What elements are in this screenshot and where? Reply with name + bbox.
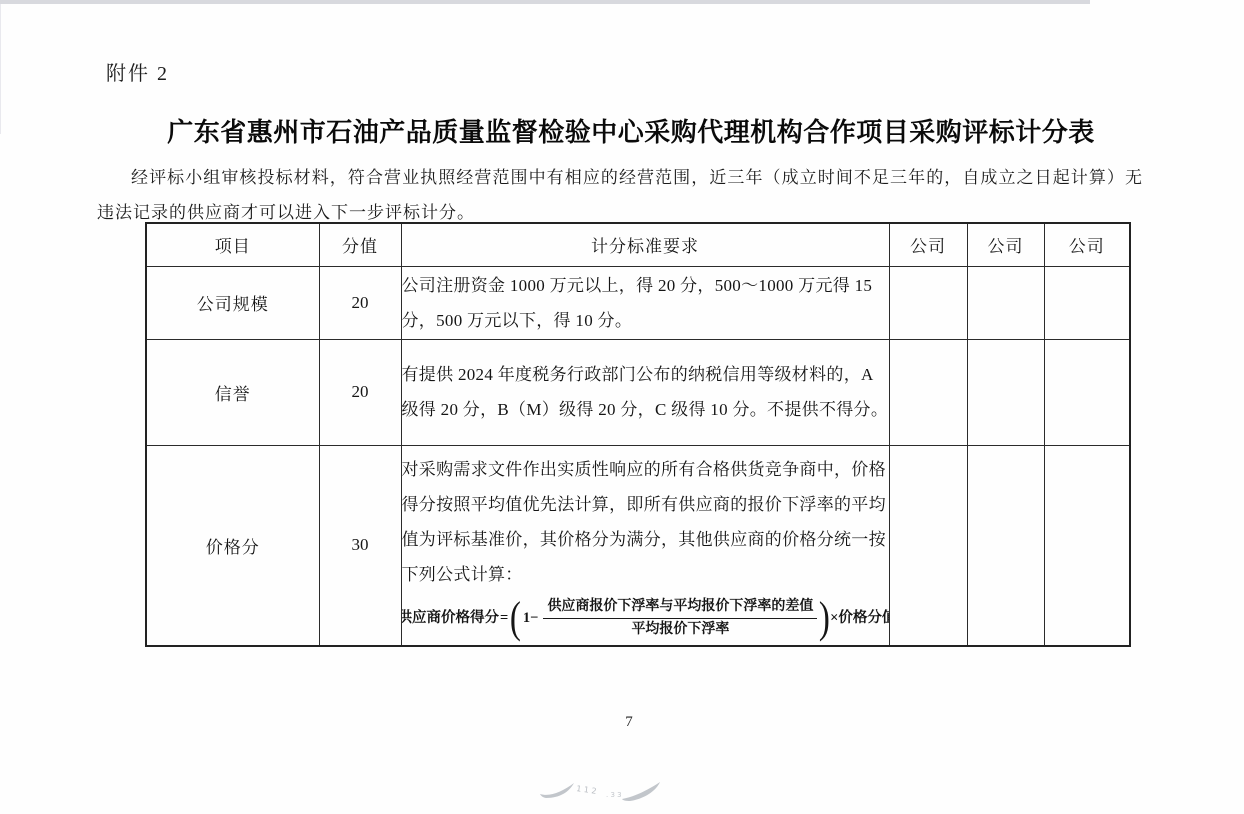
- formula-paren-open: (: [510, 598, 521, 638]
- scan-artifact-top: [0, 0, 1090, 4]
- criteria-cell: 有提供 2024 年度税务行政部门公布的纳税信用等级材料的，A 级得 20 分，…: [401, 339, 889, 445]
- formula-equals: =: [500, 609, 508, 627]
- col-header-company-3: 公司: [1044, 223, 1130, 266]
- price-formula: 供应商价格得分 = ( 1− 供应商报价下浮率与平均报价下浮率的差值 平均报价下…: [401, 598, 889, 638]
- table-row-credit: 信誉 20 有提供 2024 年度税务行政部门公布的纳税信用等级材料的，A 级得…: [146, 339, 1130, 445]
- formula-lhs: 供应商价格得分: [401, 609, 499, 627]
- intro-paragraph: 经评标小组审核投标材料，符合营业执照经营范围中有相应的经营范围，近三年（成立时间…: [97, 160, 1143, 230]
- scan-smudge: 1 1 2 . 3 3: [536, 779, 672, 805]
- svg-text:1 1 2: 1 1 2: [576, 784, 597, 796]
- formula-denominator: 平均报价下浮率: [631, 619, 729, 639]
- company-score-cell: [889, 445, 967, 646]
- document-page: 附件 2 广东省惠州市石油产品质量监督检验中心采购代理机构合作项目采购评标计分表…: [0, 0, 1244, 814]
- company-score-cell: [889, 266, 967, 339]
- company-score-cell: [889, 339, 967, 445]
- formula-one-minus: 1−: [523, 609, 539, 627]
- criteria-cell: 对采购需求文件作出实质性响应的所有合格供货竞争商中，价格得分按照平均值优先法计算…: [401, 445, 889, 646]
- svg-text:. 3 3: . 3 3: [606, 791, 622, 799]
- page-number: 7: [0, 714, 1244, 731]
- table-header-row: 项目 分值 计分标准要求 公司 公司 公司: [146, 223, 1130, 266]
- formula-numerator: 供应商报价下浮率与平均报价下浮率的差值: [543, 598, 817, 619]
- item-cell: 价格分: [146, 445, 319, 646]
- col-header-score: 分值: [319, 223, 401, 266]
- company-score-cell: [1044, 339, 1130, 445]
- criteria-text: 对采购需求文件作出实质性响应的所有合格供货竞争商中，价格得分按照平均值优先法计算…: [402, 452, 889, 592]
- table-row-price-score: 价格分 30 对采购需求文件作出实质性响应的所有合格供货竞争商中，价格得分按照平…: [146, 445, 1130, 646]
- item-cell: 信誉: [146, 339, 319, 445]
- formula-paren-close: ): [819, 598, 830, 638]
- criteria-cell: 公司注册资金 1000 万元以上，得 20 分，500～1000 万元得 15 …: [401, 266, 889, 339]
- company-score-cell: [967, 445, 1044, 646]
- company-score-cell: [967, 339, 1044, 445]
- scoring-table: 项目 分值 计分标准要求 公司 公司 公司 公司规模 20 公司注册资金 100…: [145, 222, 1131, 647]
- table-row-company-scale: 公司规模 20 公司注册资金 1000 万元以上，得 20 分，500～1000…: [146, 266, 1130, 339]
- item-cell: 公司规模: [146, 266, 319, 339]
- criteria-text: 公司注册资金 1000 万元以上，得 20 分，500～1000 万元得 15 …: [402, 268, 889, 338]
- col-header-company-2: 公司: [967, 223, 1044, 266]
- page-title: 广东省惠州市石油产品质量监督检验中心采购代理机构合作项目采购评标计分表: [0, 112, 1244, 149]
- score-cell: 20: [319, 339, 401, 445]
- col-header-item: 项目: [146, 223, 319, 266]
- attachment-label: 附件 2: [106, 57, 169, 86]
- company-score-cell: [967, 266, 1044, 339]
- criteria-text: 有提供 2024 年度税务行政部门公布的纳税信用等级材料的，A 级得 20 分，…: [402, 357, 889, 427]
- col-header-company-1: 公司: [889, 223, 967, 266]
- score-cell: 30: [319, 445, 401, 646]
- formula-fraction: 供应商报价下浮率与平均报价下浮率的差值 平均报价下浮率: [543, 598, 817, 638]
- company-score-cell: [1044, 445, 1130, 646]
- company-score-cell: [1044, 266, 1130, 339]
- score-cell: 20: [319, 266, 401, 339]
- formula-rhs: ×价格分值: [830, 609, 889, 627]
- col-header-criteria: 计分标准要求: [401, 223, 889, 266]
